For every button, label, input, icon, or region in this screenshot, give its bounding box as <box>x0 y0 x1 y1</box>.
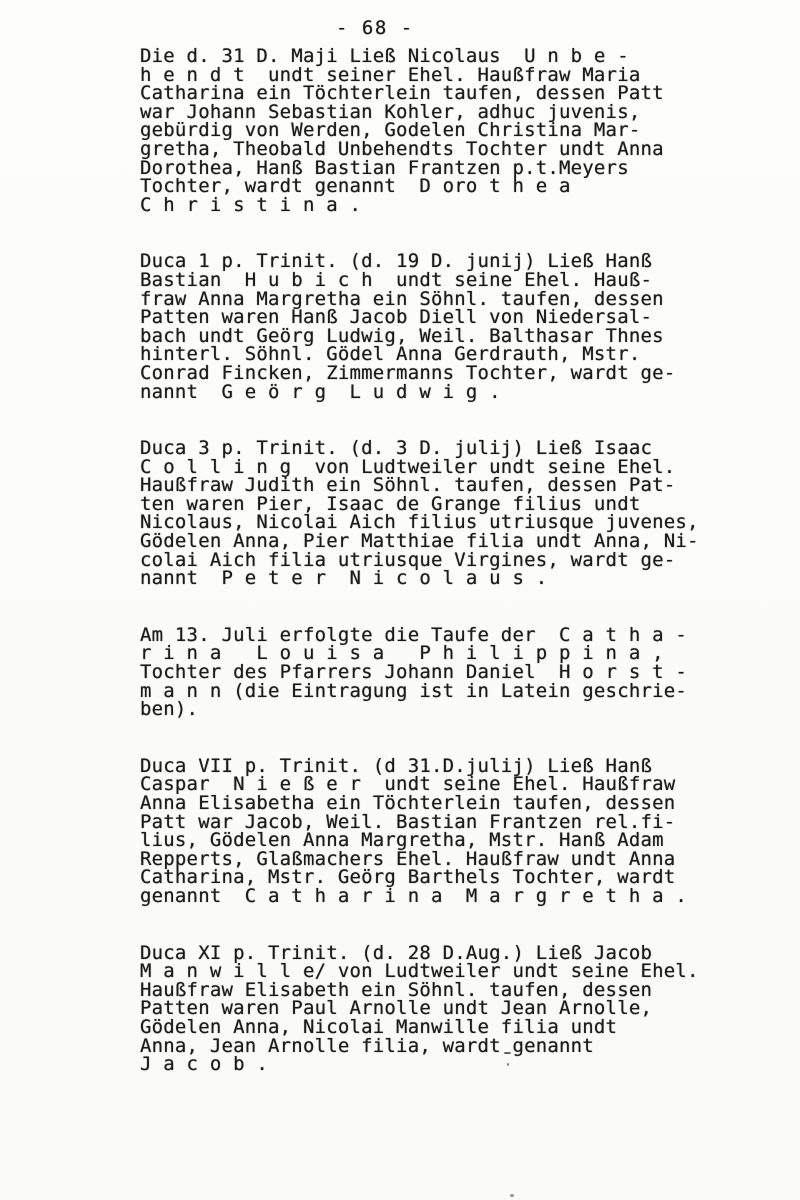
page-number: - 68 - <box>336 19 414 38</box>
scan-speckle <box>504 1052 511 1054</box>
baptism-entry-peter-nicolaus: Duca 3 p. Trinit. (d. 3 D. julij) Ließ I… <box>140 439 730 588</box>
baptism-entry-georg-ludwig: Duca 1 p. Trinit. (d. 19 D. junij) Ließ … <box>140 252 730 401</box>
scan-speckle <box>510 1194 514 1197</box>
baptism-entry-jacob: Duca XI p. Trinit. (d. 28 D.Aug.) Ließ J… <box>140 944 730 1074</box>
baptism-entry-catharina-louisa-philippina: Am 13. Juli erfolgte die Taufe der C a t… <box>140 626 730 719</box>
baptism-entry-catharina-margretha: Duca VII p. Trinit. (d 31.D.julij) Ließ … <box>140 757 730 906</box>
scan-speckle <box>507 1063 509 1066</box>
register-entries: Die d. 31 D. Maji Ließ Nicolaus U n b e … <box>140 47 730 1112</box>
baptism-entry-dorothea-christina: Die d. 31 D. Maji Ließ Nicolaus U n b e … <box>140 47 730 214</box>
